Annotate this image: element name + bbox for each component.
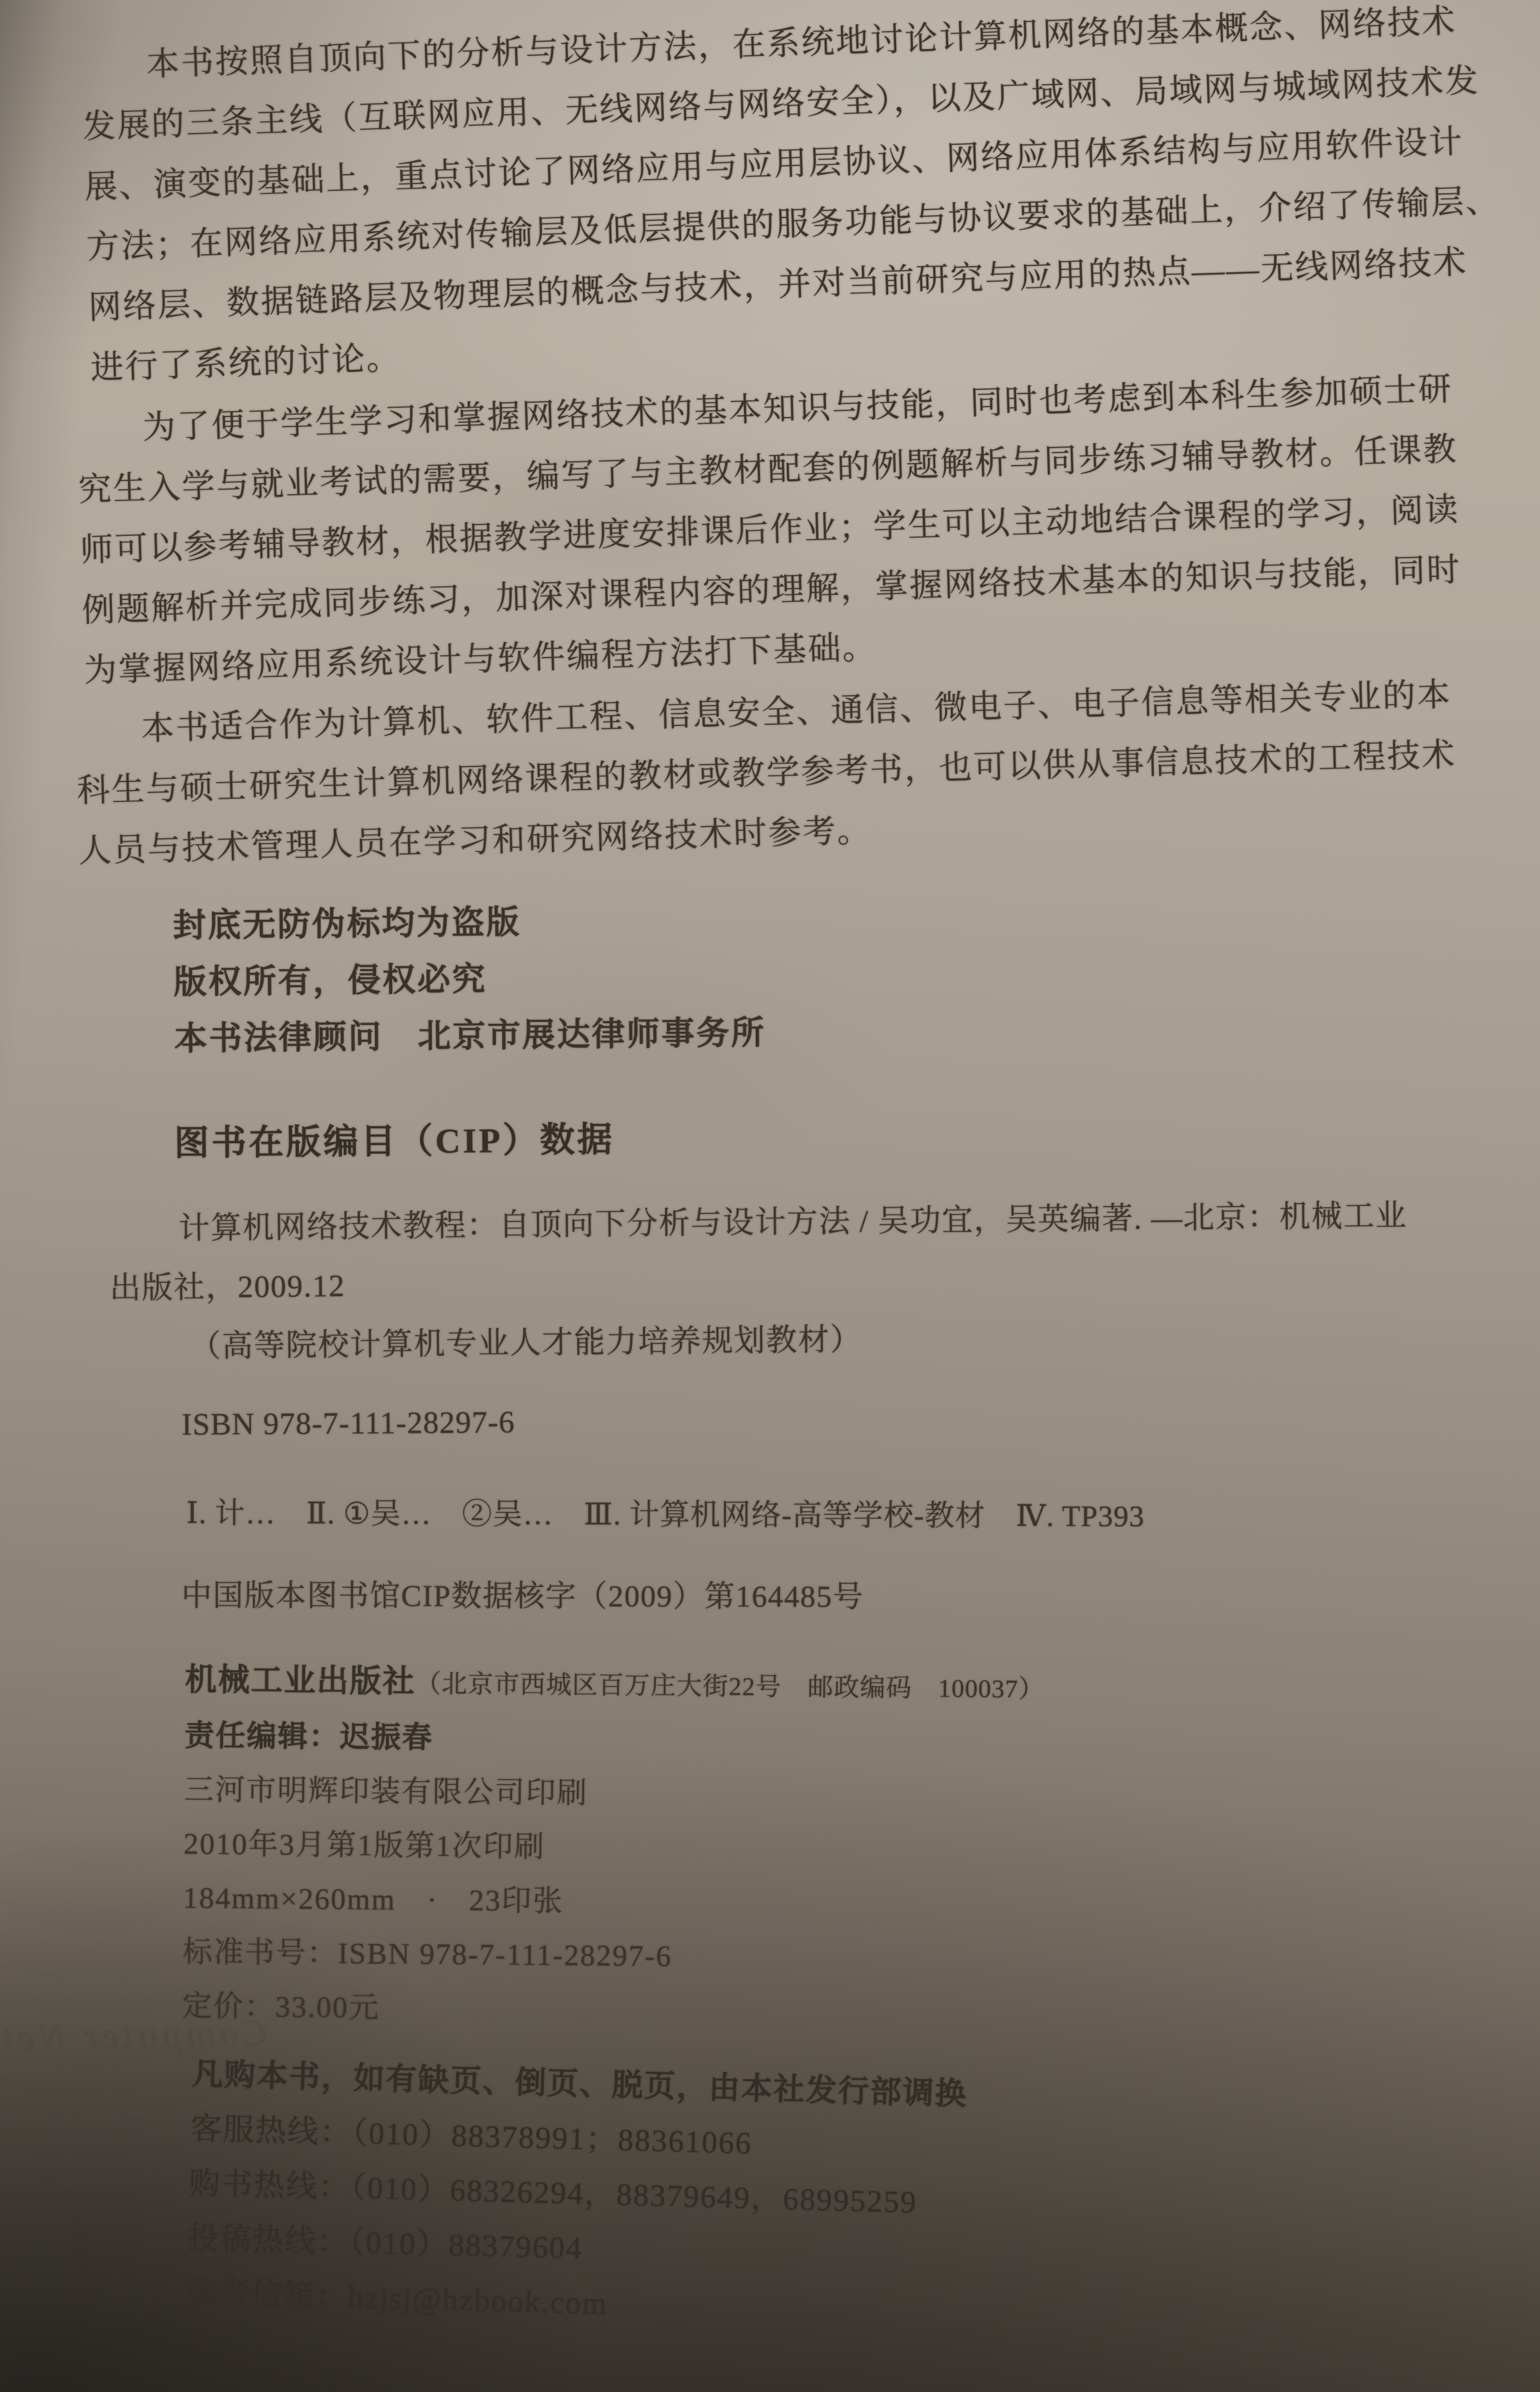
notice-copyright: 版权所有，侵权必究: [173, 949, 766, 1011]
publisher-name: 机械工业出版社: [185, 1663, 415, 1700]
isbn-line: ISBN 978-7-111-28297-6: [181, 1404, 515, 1442]
notice-anti-piracy: 封底无防伪标均为盗版: [173, 892, 765, 955]
format-line: 184mm×260mm · 23印张: [183, 1871, 1043, 1933]
intro-paragraph-3: 本书适合作为计算机、软件工程、信息安全、通信、微电子、电子信息等相关专业的本 科…: [75, 665, 1459, 882]
price-line: 定价：33.00元: [182, 1979, 1042, 2041]
printer-line: 三河市明辉印装有限公司印刷: [184, 1763, 1044, 1824]
intro-paragraph-1: 本书按照自顶向下的分析与设计方法，在系统地讨论计算机网络的基本概念、网络技术 发…: [80, 0, 1505, 399]
service-hotlines: 凡购本书，如有缺页、倒页、脱页，由本社发行部调换 客服热线：（010）88378…: [185, 2046, 968, 2340]
edition-line: 2010年3月第1版第1次印刷: [183, 1817, 1043, 1879]
cip-registry-line: 中国版本图书馆CIP数据核字（2009）第164485号: [181, 1571, 864, 1616]
publisher-address: （北京市西城区百万庄大街22号 邮政编码 100037）: [415, 1669, 1044, 1703]
copyright-notices: 封底无防伪标均为盗版 版权所有，侵权必究 本书法律顾问 北京市展达律师事务所: [173, 892, 766, 1068]
publisher-line: 机械工业出版社（北京市西城区百万庄大街22号 邮政编码 100037）: [185, 1654, 1045, 1716]
notice-legal-counsel: 本书法律顾问 北京市展达律师事务所: [174, 1005, 766, 1068]
intro-paragraph-2: 为了便于学生学习和掌握网络技术的基本知识与技能，同时也考虑到本科生参加硕士研 究…: [76, 359, 1464, 702]
publication-info: 机械工业出版社（北京市西城区百万庄大街22号 邮政编码 100037） 责任编辑…: [182, 1654, 1045, 2041]
cip-entry: 计算机网络技术教程：自顶向下分析与设计方法 / 吴功宜，吴英编著. —北京：机械…: [109, 1186, 1409, 1377]
book-copyright-page-photo: Computer Networking 本书按照自顶向下的分析与设计方法，在系统…: [0, 0, 1540, 2392]
editor-line: 责任编辑：迟振春: [184, 1709, 1044, 1770]
cip-heading: 图书在版编目（CIP）数据: [174, 1112, 615, 1166]
standard-book-number-line: 标准书号：ISBN 978-7-111-28297-6: [182, 1925, 1042, 1987]
cip-classification-line: Ⅰ. 计… Ⅱ. ①吴… ②吴… Ⅲ. 计算机网络-高等学校-教材 Ⅳ. TP3…: [186, 1489, 1145, 1535]
